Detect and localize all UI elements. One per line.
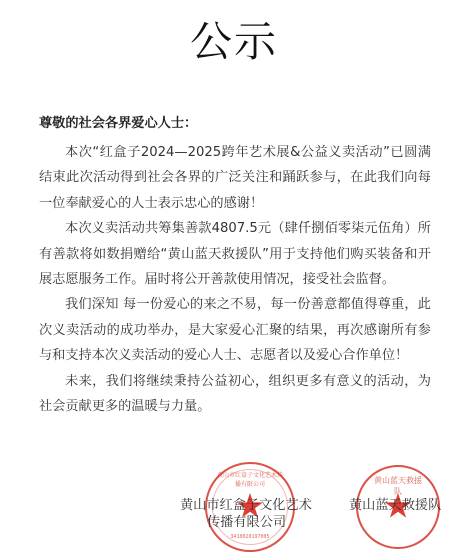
paragraph-thanks: 我们深知 每一份爱心的来之不易，每一份善意都值得尊重，此次义卖活动的成功举办，是… bbox=[39, 292, 431, 368]
signature-rescue-team: 黄山蓝天救援队 bbox=[349, 497, 441, 514]
notice-body: 本次“红盒子2024—2025跨年艺术展&公益义卖活动”已圆满结束此次活动得到社… bbox=[39, 140, 431, 419]
paragraph-future: 未来，我们将继续秉持公益初心，组织更多有意义的活动，为社会贡献更多的温暖与力量。 bbox=[39, 369, 431, 420]
notice-title: 公示 bbox=[0, 14, 468, 70]
salutation: 尊敬的社会各界爱心人士： bbox=[39, 115, 197, 133]
seal-text: 黄山市红盒子文化艺术传播有限公司 bbox=[207, 470, 293, 488]
signature-company: 黄山市红盒子文化艺术 传播有限公司 bbox=[180, 497, 330, 531]
signature-company-line2: 传播有限公司 bbox=[180, 514, 330, 531]
paragraph-completion: 本次“红盒子2024—2025跨年艺术展&公益义卖活动”已圆满结束此次活动得到社… bbox=[39, 140, 431, 216]
signature-company-line1: 黄山市红盒子文化艺术 bbox=[180, 498, 312, 513]
seal-number: 3410020197005 bbox=[207, 534, 293, 540]
paragraph-donation: 本次义卖活动共筹集善款4807.5元（肆仟捌佰零柒元伍角）所有善款将如数捐赠给“… bbox=[39, 216, 431, 292]
